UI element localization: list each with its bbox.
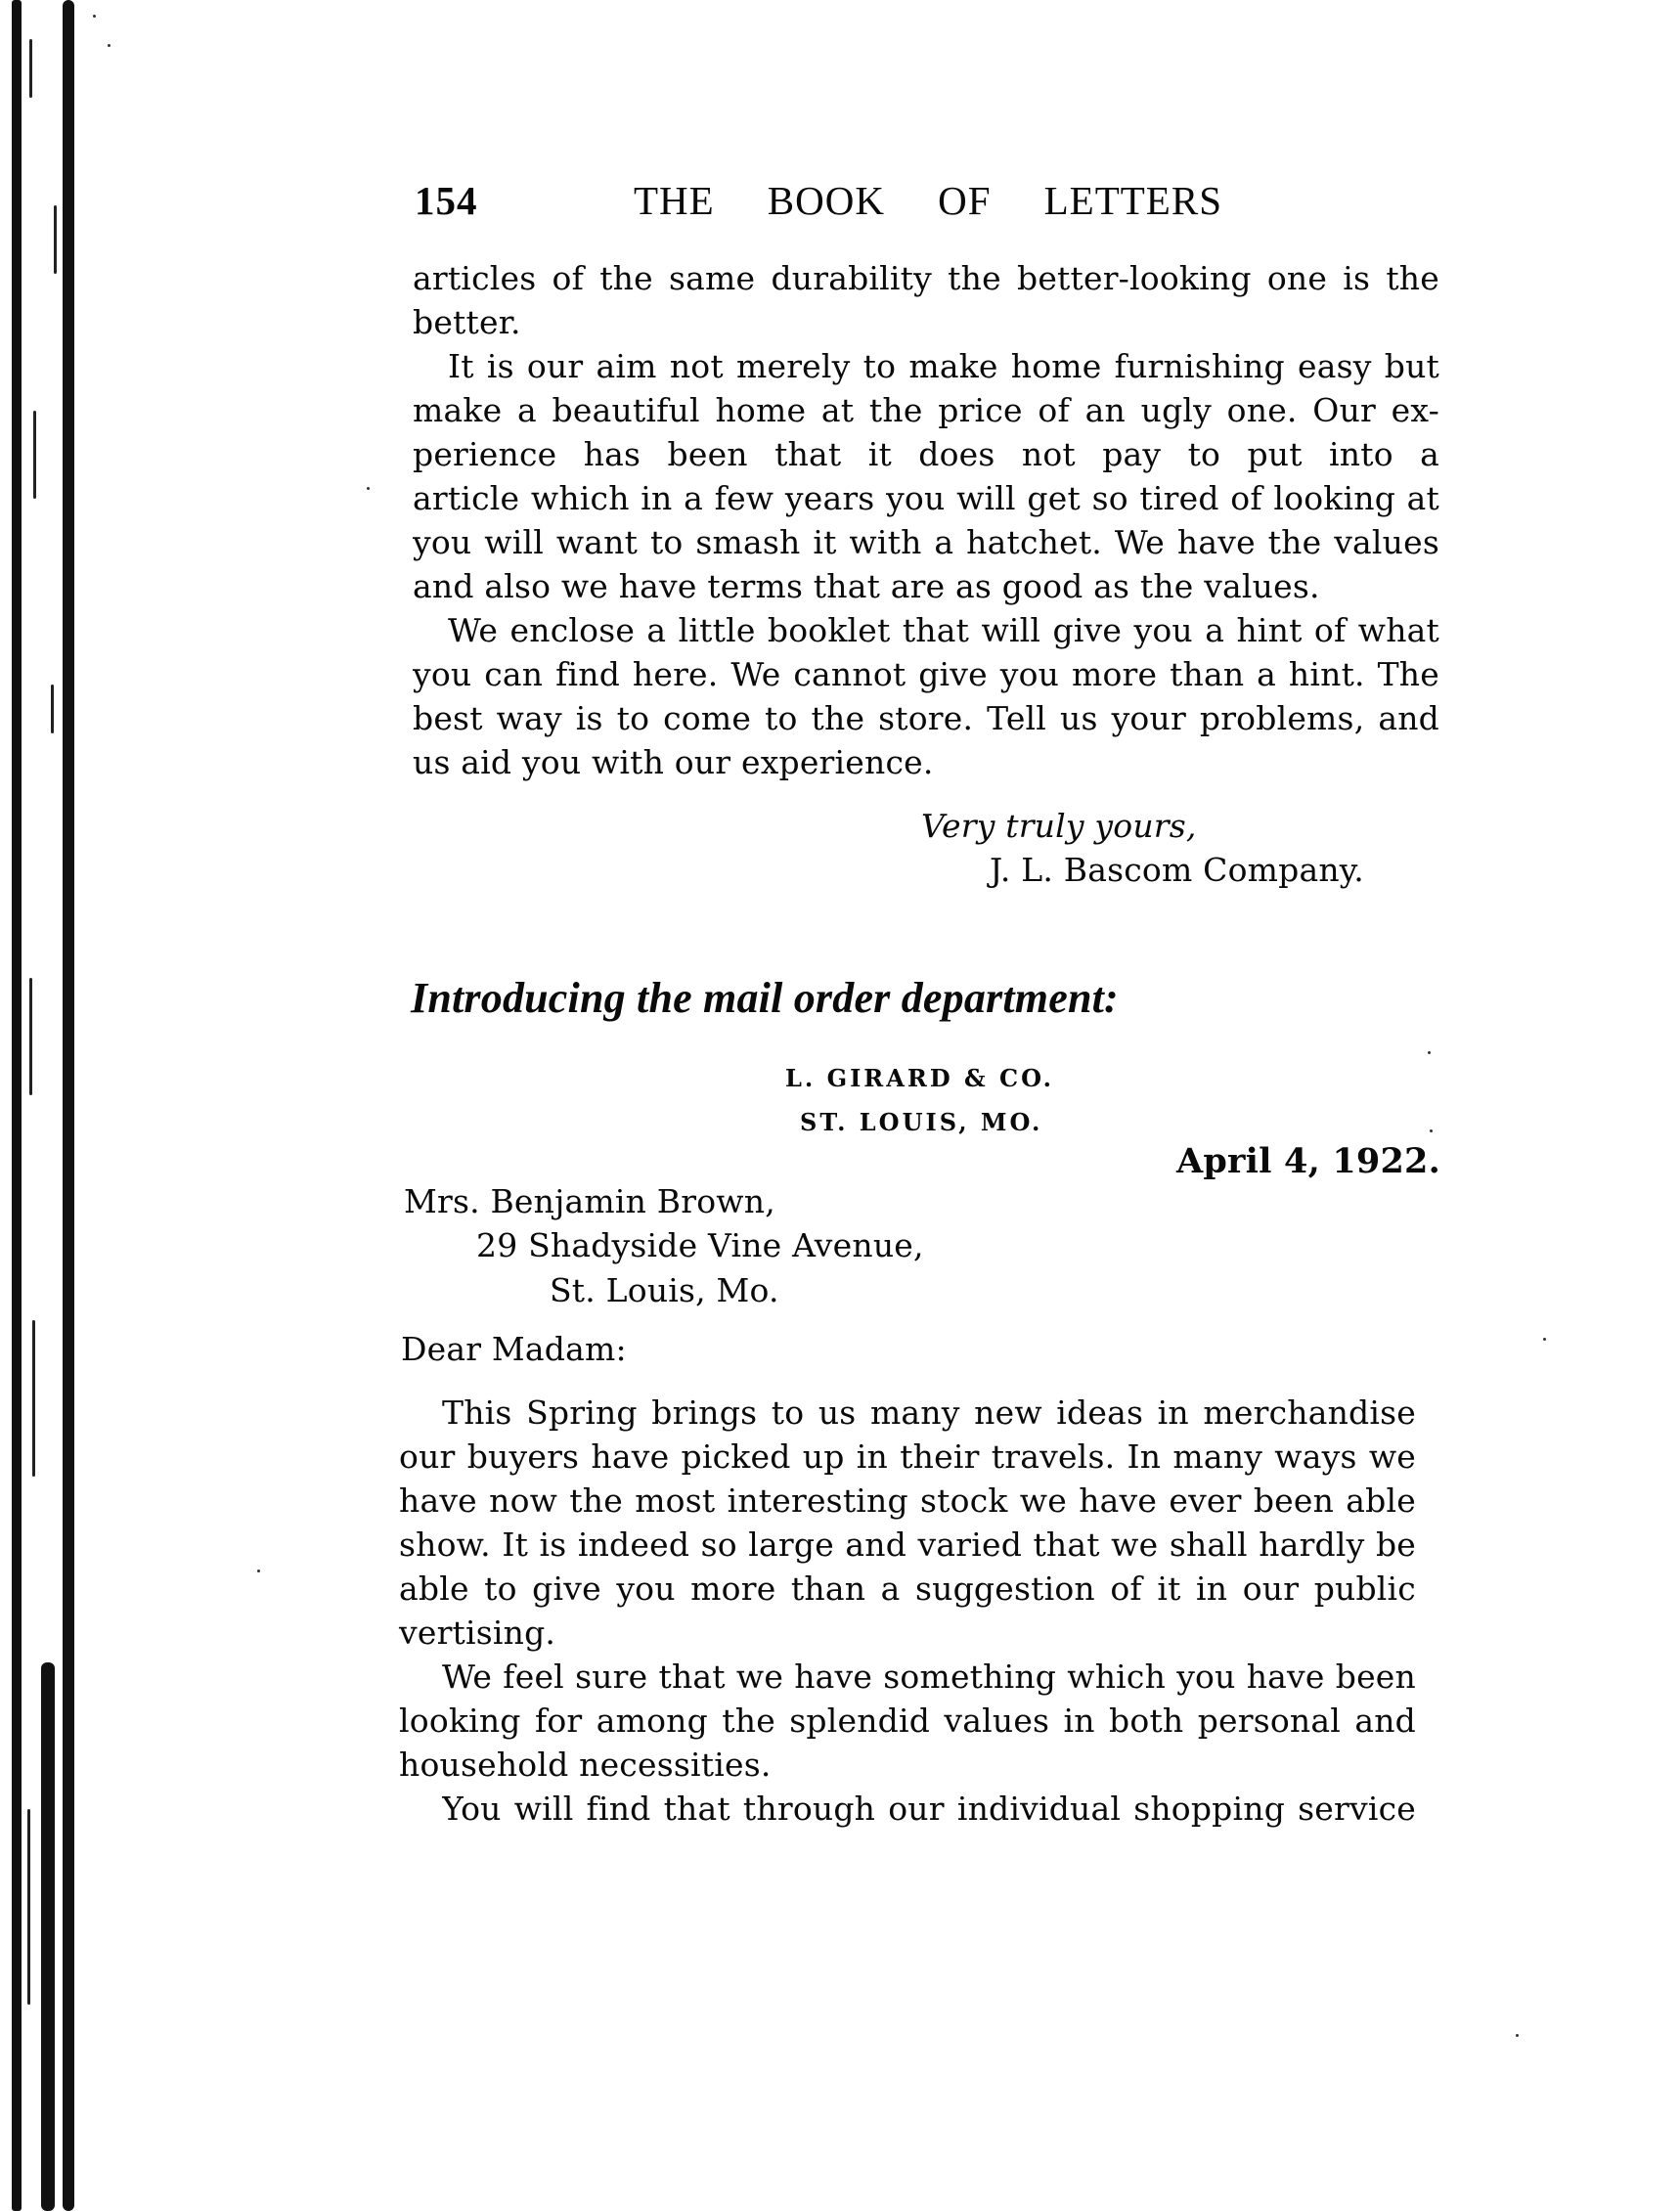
body-line: and also we have terms that are as good … (413, 564, 1320, 608)
body-line: household necessities. (399, 1743, 772, 1787)
binding-edge-line-lower (41, 1662, 55, 2211)
salutation: Dear Madam: (401, 1327, 627, 1371)
body-line: us aid you with our experience. (413, 740, 934, 784)
recipient-name: Mrs. Benjamin Brown, (404, 1179, 775, 1223)
binding-edge-shadow (12, 0, 22, 2211)
body-line: articles of the same durability the bett… (413, 256, 1439, 300)
scan-speck (257, 1570, 260, 1572)
running-title: THE BOOK OF LETTERS (634, 176, 1222, 225)
body-line: show. It is indeed so large and varied t… (399, 1523, 1416, 1567)
signature: J. L. Bascom Company. (990, 848, 1364, 892)
body-line: you will want to smash it with a hatchet… (413, 520, 1439, 564)
scan-scuff (33, 411, 36, 499)
recipient-city: St. Louis, Mo. (550, 1268, 779, 1312)
body-line: This Spring brings to us many new ideas … (442, 1391, 1416, 1435)
body-line: you can find here. We cannot give you mo… (413, 652, 1439, 696)
scan-speck (1543, 1338, 1546, 1341)
scan-scuff (32, 1320, 35, 1477)
body-line: best way is to come to the store. Tell u… (413, 696, 1439, 740)
recipient-street: 29 Shadyside Vine Avenue, (476, 1223, 924, 1267)
page-number: 154 (415, 176, 478, 225)
letterhead-city: ST. LOUIS, MO. (800, 1100, 1042, 1144)
body-line: looking for among the splendid values in… (399, 1699, 1416, 1743)
book-page: 154 THE BOOK OF LETTERS articles of the … (0, 0, 1680, 2211)
body-line: You will find that through our individua… (442, 1787, 1416, 1831)
body-line: perience has been that it does not pay t… (413, 432, 1439, 476)
scan-speck (93, 15, 96, 18)
body-line: vertising. (399, 1611, 555, 1655)
scan-scuff (29, 39, 32, 98)
letterhead-company: L. GIRARD & CO. (785, 1056, 1054, 1100)
scan-speck (108, 44, 111, 47)
scan-speck (367, 487, 370, 490)
body-line: our buyers have picked up in their trave… (399, 1435, 1416, 1479)
scan-scuff (27, 1809, 30, 2005)
body-line: have now the most interesting stock we h… (399, 1479, 1416, 1523)
scan-scuff (54, 205, 57, 274)
body-line: make a beautiful home at the price of an… (413, 388, 1439, 432)
body-line: able to give you more than a suggestion … (399, 1567, 1416, 1611)
letter-date: April 4, 1922. (1176, 1139, 1440, 1183)
scan-scuff (29, 978, 32, 1095)
scan-speck (1430, 1129, 1433, 1132)
body-line: We enclose a little booklet that will gi… (448, 608, 1439, 652)
scan-scuff (51, 685, 54, 733)
body-line: We feel sure that we have something whic… (442, 1655, 1416, 1699)
binding-edge-line (63, 0, 74, 2211)
body-line: article which in a few years you will ge… (413, 476, 1439, 520)
scan-speck (1428, 1051, 1431, 1054)
body-line: better. (413, 300, 521, 344)
section-heading: Introducing the mail order department: (411, 973, 1119, 1024)
complimentary-close: Very truly yours, (921, 804, 1197, 848)
body-line: It is our aim not merely to make home fu… (448, 344, 1439, 388)
scan-speck (1516, 2034, 1519, 2037)
